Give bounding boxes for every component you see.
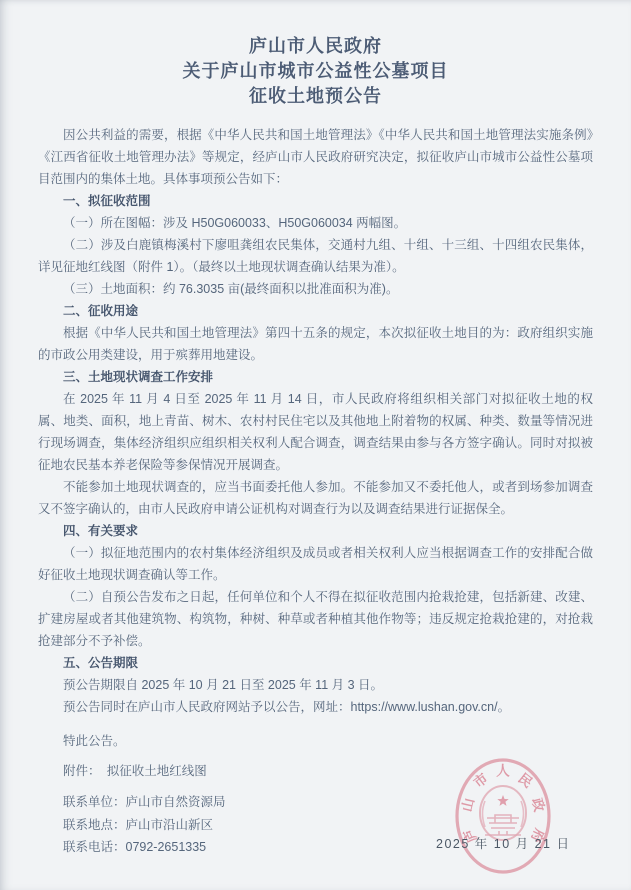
seal-star [497,795,508,806]
official-seal: 庐 山 市 人 民 政 府 [433,746,573,888]
seal-emblem-wheat-right [521,801,524,827]
seal-emblem-wheat-left [483,801,486,827]
seal-emblem-gate [485,815,521,835]
seal-emblem-circle [480,786,526,840]
seal-char-6: 政 [529,796,548,813]
section-4-heading: 四、有关要求 [38,520,593,542]
section-3-item-1: 在 2025 年 11 月 4 日至 2025 年 11 月 14 日，市人民政… [38,388,593,476]
seal-char-4: 人 [496,764,510,779]
section-1-item-3: （三）土地面积：约 76.3035 亩(最终面积以批准面积为准)。 [38,278,593,300]
notice-body: 庐山市人民政府 关于庐山市城市公益性公墓项目 征收土地预公告 因公共利益的需要，… [38,34,593,859]
section-3-heading: 三、土地现状调查工作安排 [38,366,593,388]
section-5-item-1: 预公告期限自 2025 年 10 月 21 日至 2025 年 11 月 3 日… [38,674,593,696]
title-line-issuer: 庐山市人民政府 [38,34,593,59]
section-4-item-1: （一）拟征地范围内的农村集体经济组织及成员或者相关权利人应当根据调查工作的安排配… [38,542,593,586]
section-4-item-2: （二）自预公告发布之日起，任何单位和个人不得在拟征收范围内抢栽抢建，包括新建、改… [38,586,593,652]
title-line-type: 征收土地预公告 [38,84,593,109]
section-1-item-1: （一）所在图幅：涉及 H50G060033、H50G060034 两幅图。 [38,212,593,234]
section-1-item-2: （二）涉及白鹿镇梅溪村下廖咀龚组农民集体，交通村九组、十组、十三组、十四组农民集… [38,234,593,278]
section-1-heading: 一、拟征收范围 [38,190,593,212]
section-5-item-2: 预公告同时在庐山市人民政府网站予以公告，网址：https://www.lusha… [38,696,593,718]
section-3-item-2: 不能参加土地现状调查的，应当书面委托他人参加。不能参加又不委托他人，或者到场参加… [38,476,593,520]
issue-date: 2025 年 10 月 21 日 [436,834,570,852]
section-5-heading: 五、公告期限 [38,652,593,674]
scanned-notice-page: 庐山市人民政府 关于庐山市城市公益性公墓项目 征收土地预公告 因公共利益的需要，… [0,0,631,890]
title-line-subject: 关于庐山市城市公益性公墓项目 [38,59,593,84]
intro-paragraph: 因公共利益的需要，根据《中华人民共和国土地管理法》《中华人民共和国土地管理法实施… [38,124,593,190]
notice-title: 庐山市人民政府 关于庐山市城市公益性公墓项目 征收土地预公告 [38,34,593,109]
seal-char-2: 山 [459,797,477,814]
section-2-item-1: 根据《中华人民共和国土地管理法》第四十五条的规定，本次拟征收土地目的为：政府组织… [38,322,593,366]
section-2-heading: 二、征收用途 [38,300,593,322]
